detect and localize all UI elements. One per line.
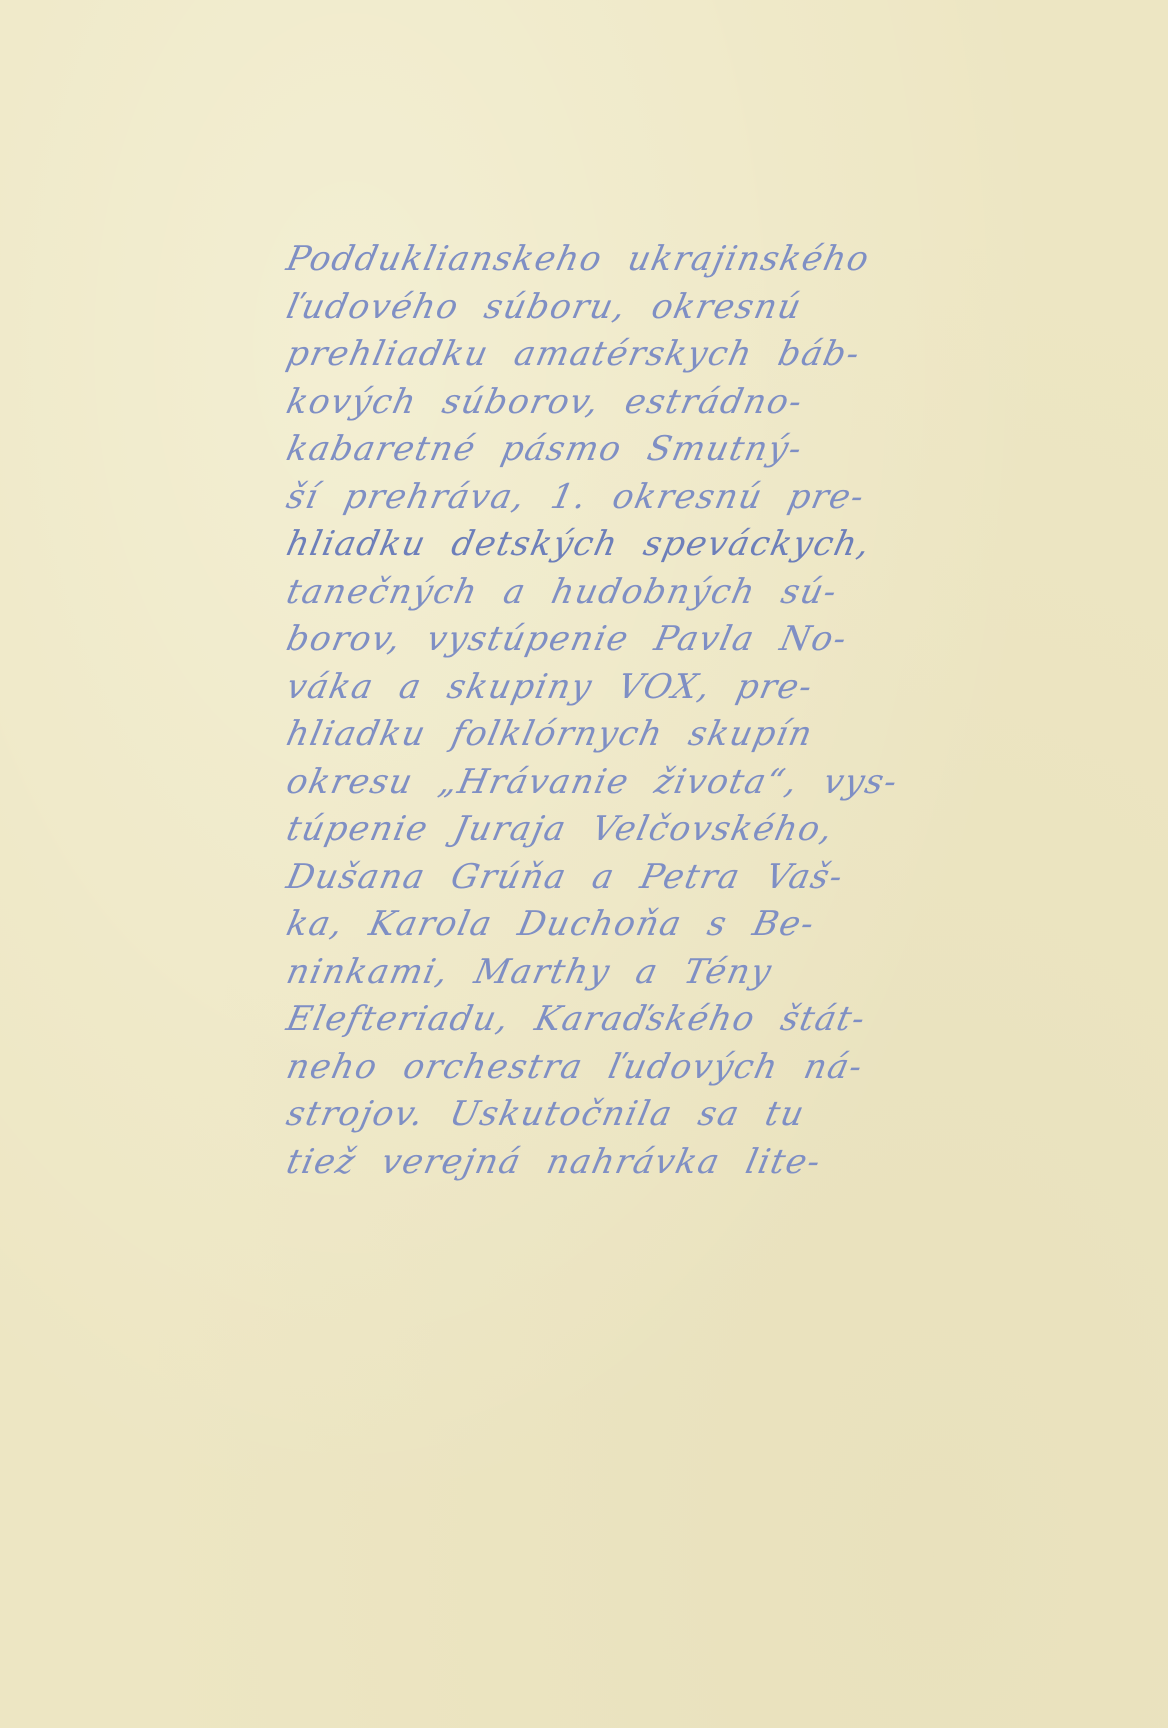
text-line: ninkami, Marthy a Tény [282,949,1052,997]
text-line: kových súborov, estrádno- [282,379,1052,427]
text-line: tiež verejná nahrávka lite- [282,1139,1052,1187]
text-line: strojov. Uskutočnila sa tu [282,1091,1052,1139]
text-line: túpenie Juraja Velčovského, [282,806,1052,854]
text-line: borov, vystúpenie Pavla No- [282,616,1052,664]
text-line: Elefteriadu, Karaďského štát- [282,996,1052,1044]
text-line: ka, Karola Duchoňa s Be- [282,901,1052,949]
text-line: hliadku detských speváckych, [282,521,1052,569]
text-line: tanečných a hudobných sú- [282,569,1052,617]
text-line: kabaretné pásmo Smutný- [282,426,1052,474]
text-line: ľudového súboru, okresnú [282,284,1052,332]
handwritten-text-block: Podduklianskeho ukrajinského ľudového sú… [282,236,1042,1186]
text-line: hliadku folklórnych skupín [282,711,1052,759]
text-line: Podduklianskeho ukrajinského [282,236,1052,284]
text-line: okresu „Hrávanie života“, vys- [282,759,1052,807]
text-line: váka a skupiny VOX, pre- [282,664,1052,712]
text-line: prehliadku amatérskych báb- [282,331,1052,379]
text-line: neho orchestra ľudových ná- [282,1044,1052,1092]
manuscript-page: Podduklianskeho ukrajinského ľudového sú… [0,0,1168,1728]
text-line: Dušana Grúňa a Petra Vaš- [282,854,1052,902]
text-line: ší prehráva, 1. okresnú pre- [282,474,1052,522]
